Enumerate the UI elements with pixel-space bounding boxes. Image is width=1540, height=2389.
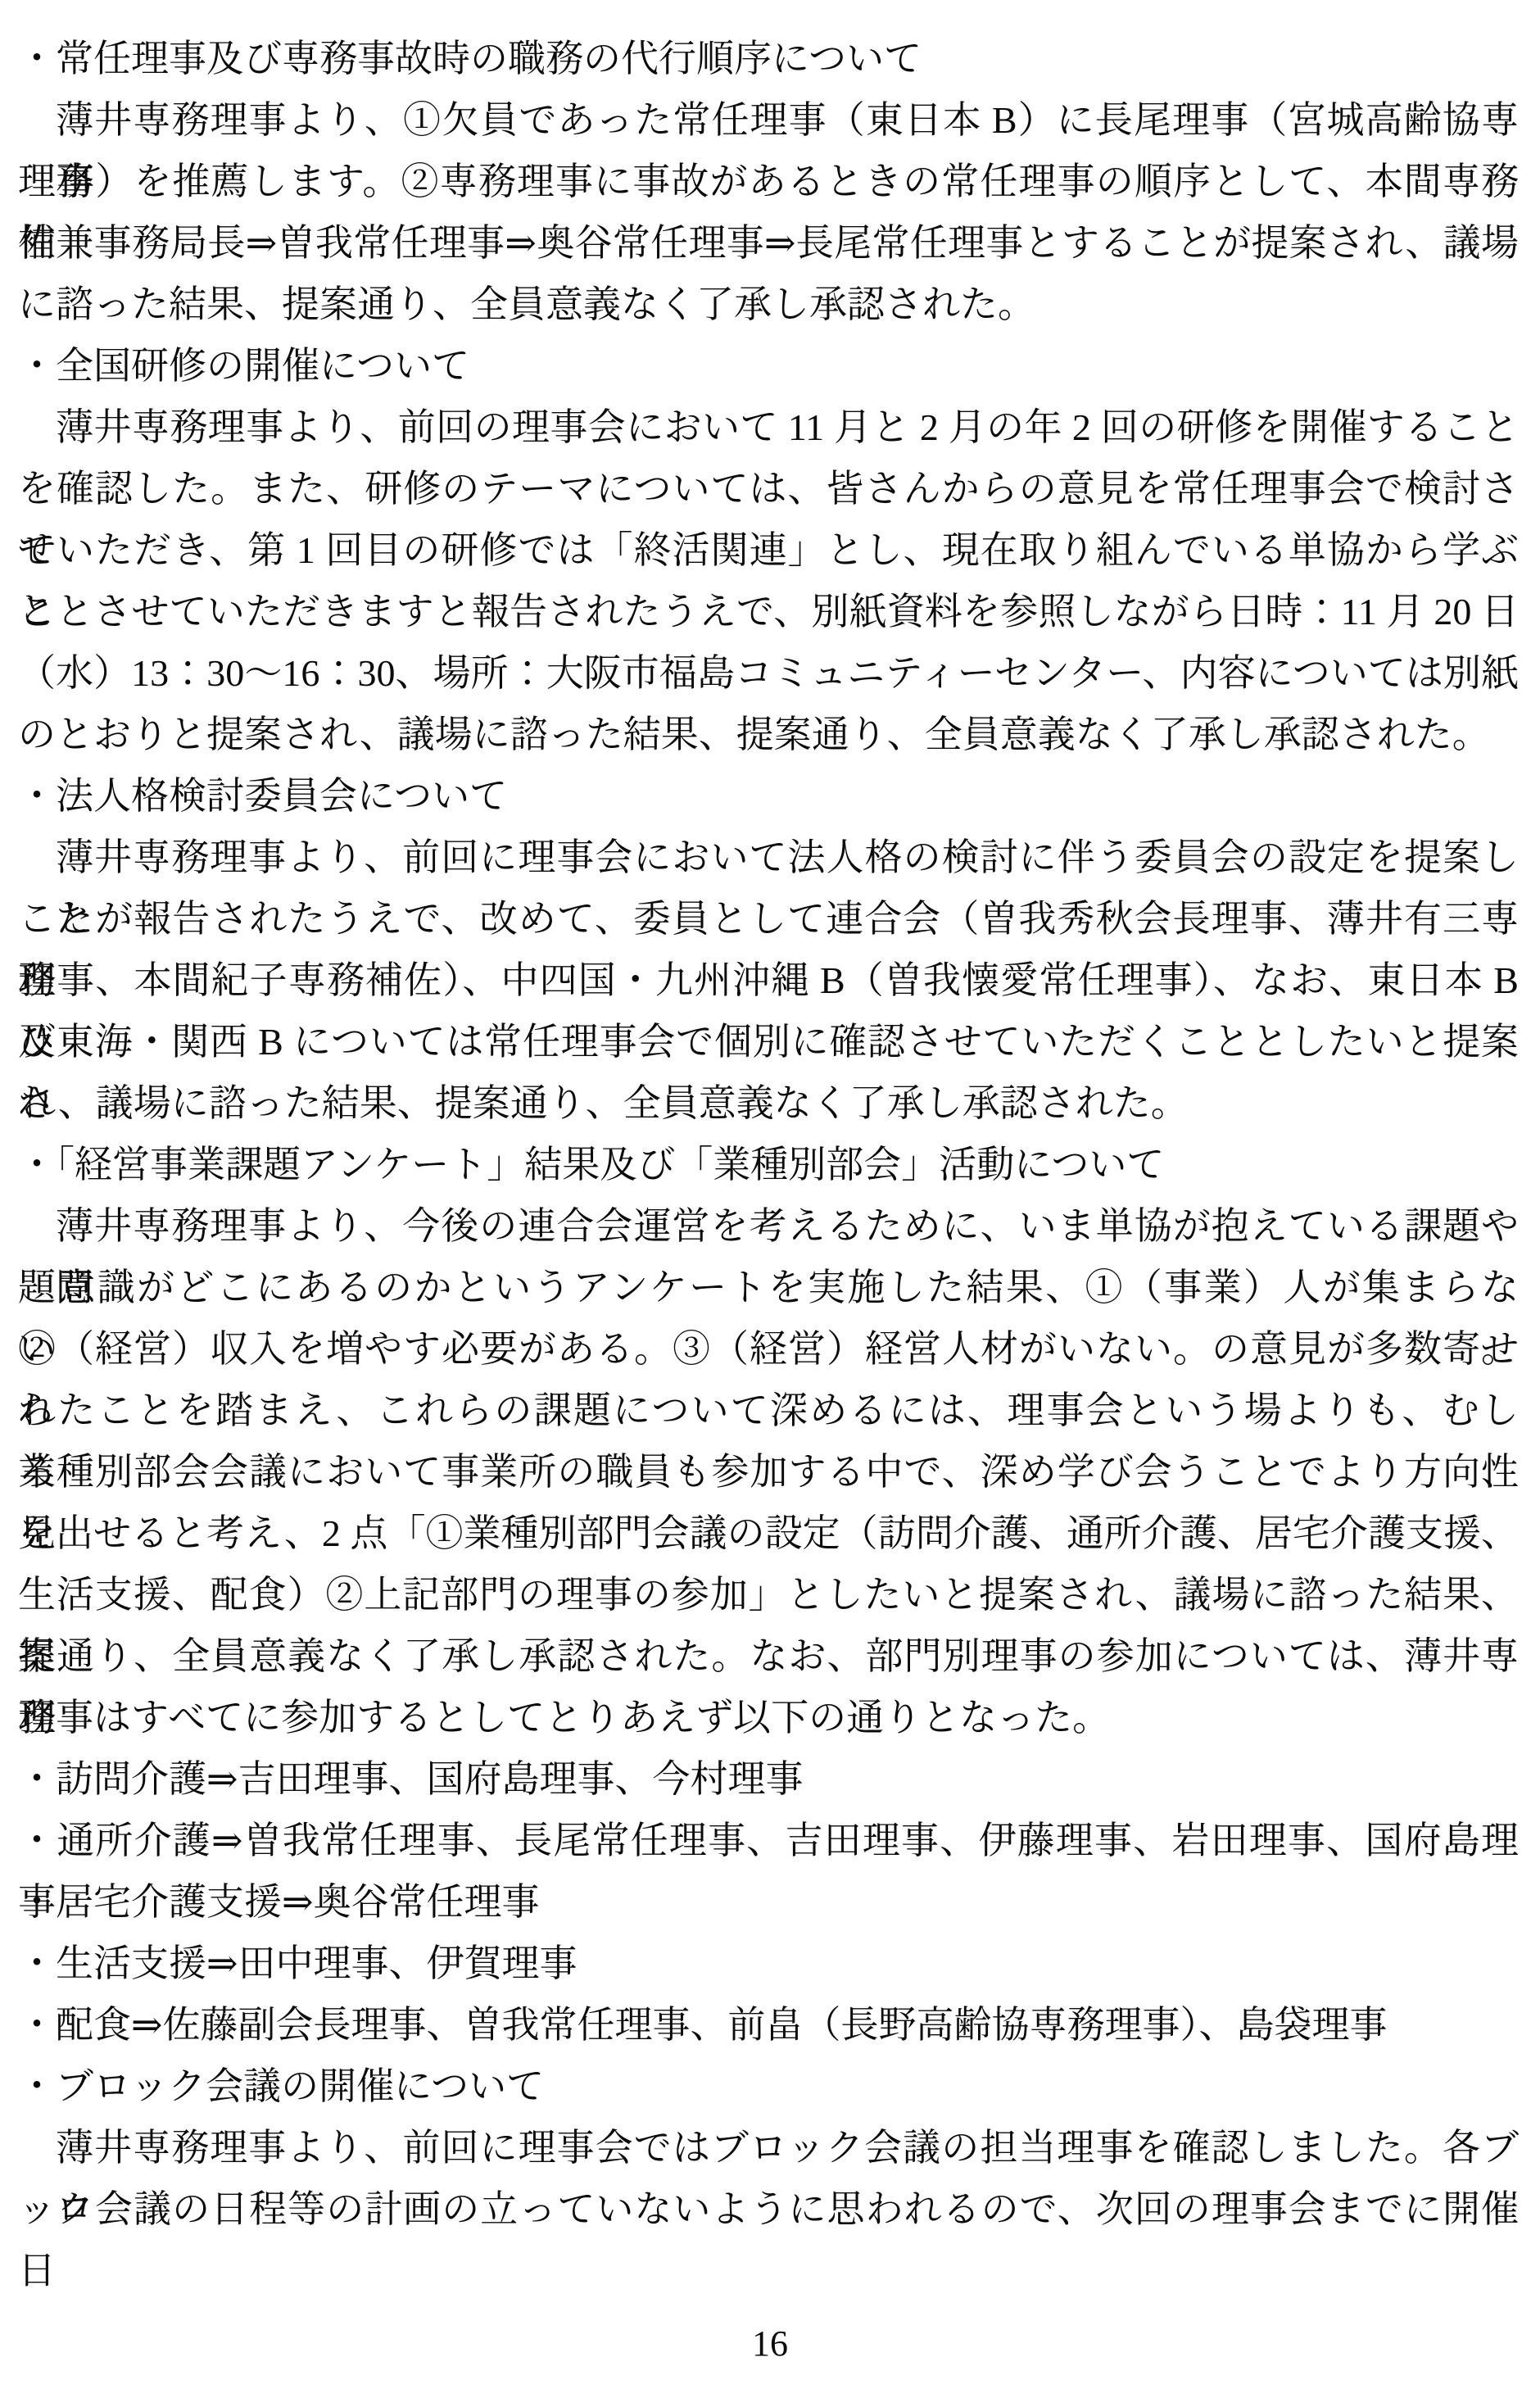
page-number: 16 (0, 2323, 1540, 2364)
text-line: 見出せると考え、2 点「①業種別部門会議の設定（訪問介護、通所介護、居宅介護支援… (18, 1503, 1519, 1564)
text-line: ・法人格検討委員会について (18, 765, 1519, 827)
text-line: 理事はすべてに参加するとしてとりあえず以下の通りとなった。 (18, 1687, 1519, 1748)
text-line: 薄井専務理事より、①欠員であった常任理事（東日本 B）に長尾理事（宮城高齢協専務 (18, 89, 1519, 151)
text-line: 薄井専務理事より、今後の連合会運営を考えるために、いま単協が抱えている課題や問 (18, 1195, 1519, 1257)
text-line: を確認した。また、研修のテーマについては、皆さんからの意見を常任理事会で検討させ (18, 458, 1519, 519)
meeting-minutes-text: ・常任理事及び専務事故時の職務の代行順序について 薄井専務理事より、①欠員であっ… (18, 28, 1519, 2240)
text-line: （水）13：30～16：30、場所：大阪市福島コミュニティーセンター、内容につい… (18, 642, 1519, 704)
text-line: び東海・関西 B については常任理事会で個別に確認させていただくこととしたいと提… (18, 1011, 1519, 1072)
text-line: 理事、本間紀子専務補佐）、中四国・九州沖縄 B（曽我懐愛常任理事）、なお、東日本… (18, 950, 1519, 1011)
text-line: に諮った結果、提案通り、全員意義なく了承し承認された。 (18, 274, 1519, 335)
text-line: 佐兼事務局長⇒曽我常任理事⇒奥谷常任理事⇒長尾常任理事とすることが提案され、議場 (18, 212, 1519, 274)
text-line: れ、議場に諮った結果、提案通り、全員意義なく了承し承認された。 (18, 1072, 1519, 1134)
text-line: 薄井専務理事より、前回の理事会において 11 月と 2 月の年 2 回の研修を開… (18, 397, 1519, 458)
text-line: 薄井専務理事より、前回に理事会ではブロック会議の担当理事を確認しました。各ブロ (18, 2117, 1519, 2178)
text-line: ック会議の日程等の計画の立っていないように思われるので、次回の理事会までに開催日 (18, 2178, 1519, 2240)
text-line: 業種別部会会議において事業所の職員も参加する中で、深め学び会うことでより方向性を (18, 1441, 1519, 1503)
text-line: れたことを踏まえ、これらの課題について深めるには、理事会という場よりも、むしろ、 (18, 1380, 1519, 1441)
text-line: ことが報告されたうえで、改めて、委員として連合会（曽我秀秋会長理事、薄井有三専務 (18, 888, 1519, 950)
text-line: ・訪問介護⇒吉田理事、国府島理事、今村理事 (18, 1748, 1519, 1810)
text-line: ・居宅介護支援⇒奥谷常任理事 (18, 1871, 1519, 1933)
text-line: ていただき、第 1 回目の研修では「終活関連」とし、現在取り組んでいる単協から学… (18, 519, 1519, 581)
text-line: 案通り、全員意義なく了承し承認された。なお、部門別理事の参加については、薄井専務 (18, 1625, 1519, 1687)
text-line: ・全国研修の開催について (18, 335, 1519, 397)
document-page: ・常任理事及び専務事故時の職務の代行順序について 薄井専務理事より、①欠員であっ… (0, 0, 1540, 2389)
text-line: 生活支援、配食）②上記部門の理事の参加」としたいと提案され、議場に諮った結果、提 (18, 1564, 1519, 1625)
text-line: ・配食⇒佐藤副会長理事、曽我常任理事、前畠（長野高齢協専務理事）、島袋理事 (18, 1994, 1519, 2056)
text-line: ・ブロック会議の開催について (18, 2056, 1519, 2117)
text-line: ・常任理事及び専務事故時の職務の代行順序について (18, 28, 1519, 89)
text-line: ②（経営）収入を増やす必要がある。③（経営）経営人材がいない。の意見が多数寄せら (18, 1318, 1519, 1380)
text-line: ととさせていただきますと報告されたうえで、別紙資料を参照しながら日時：11 月 … (18, 581, 1519, 642)
text-line: ・「経営事業課題アンケート」結果及び「業種別部会」活動について (18, 1134, 1519, 1195)
text-line: のとおりと提案され、議場に諮った結果、提案通り、全員意義なく了承し承認された。 (18, 704, 1519, 765)
text-line: 薄井専務理事より、前回に理事会において法人格の検討に伴う委員会の設定を提案した (18, 827, 1519, 888)
text-line: 題意識がどこにあるのかというアンケートを実施した結果、①（事業）人が集まらない。 (18, 1257, 1519, 1318)
text-line: ・生活支援⇒田中理事、伊賀理事 (18, 1933, 1519, 1994)
text-line: 理事）を推薦します。②専務理事に事故があるときの常任理事の順序として、本間専務補 (18, 151, 1519, 212)
text-line: ・通所介護⇒曽我常任理事、長尾常任理事、吉田理事、伊藤理事、岩田理事、国府島理事 (18, 1810, 1519, 1871)
